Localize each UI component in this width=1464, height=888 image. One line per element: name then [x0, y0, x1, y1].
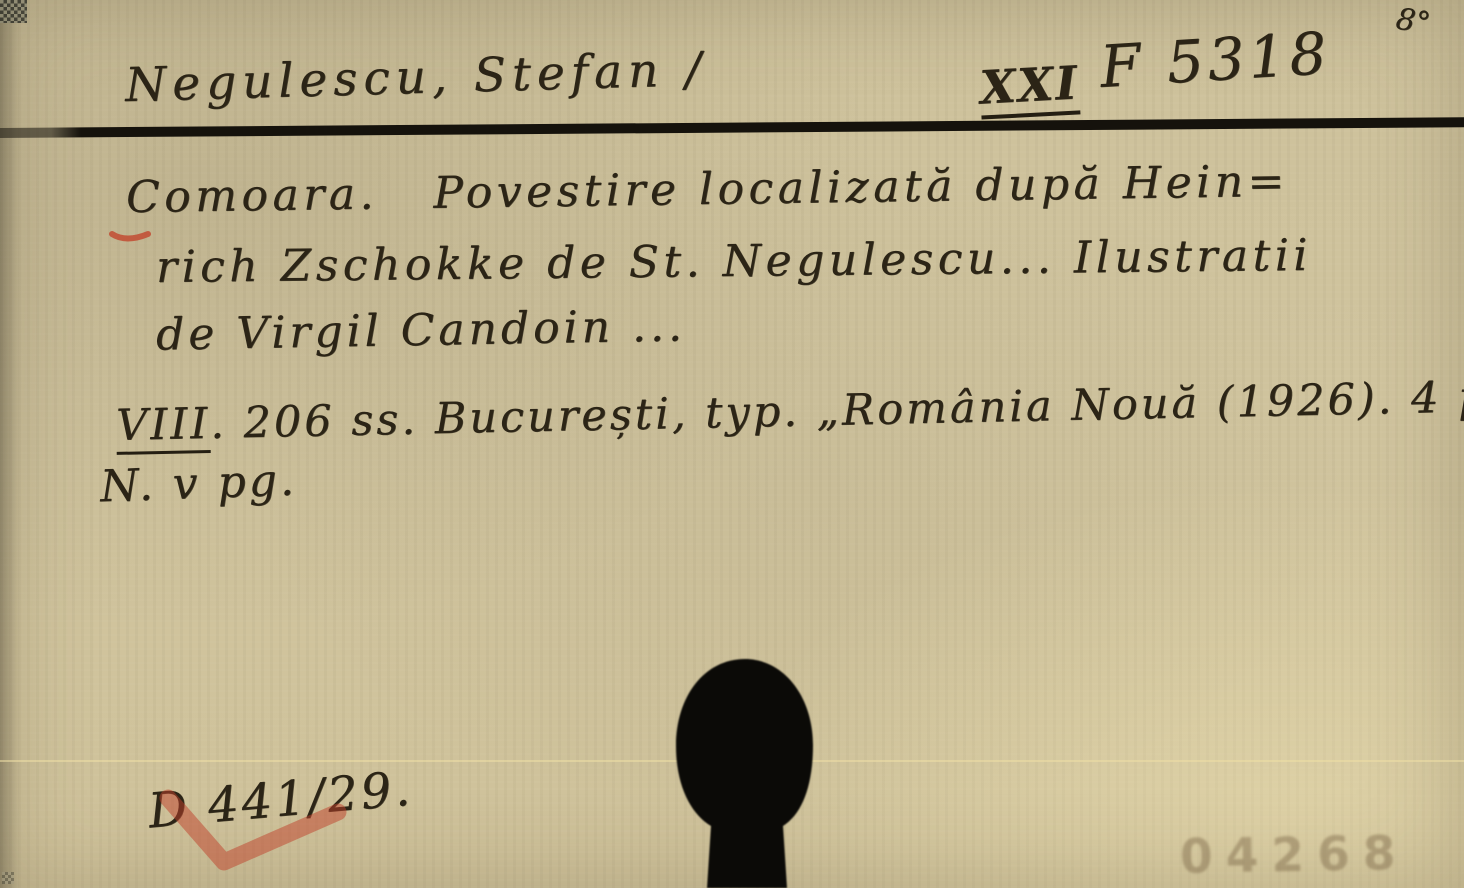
header-rule [0, 117, 1464, 138]
collation-line: VIII. 206 ss. București, typ. „România N… [116, 371, 1464, 451]
accession-number: D 441/29. [146, 761, 415, 840]
collation-roman-pages: VIII [116, 399, 211, 455]
call-number: F 5318 [1098, 19, 1332, 101]
classmark-roman-numeral: XXI [979, 55, 1081, 119]
title-line-1: Comoara. Povestire localizată după Hein= [126, 156, 1289, 223]
format-octavo-mark: 8° [1393, 2, 1432, 42]
collation-rest: . 206 ss. București, typ. „România Nouă … [210, 371, 1464, 449]
author-heading: Negulescu, Stefan / [124, 42, 707, 113]
note-line: N. v pg. [99, 455, 297, 513]
paper-crease-line [0, 760, 1464, 762]
scan-corner-artifact-bottom [2, 872, 14, 884]
title-line-3: de Virgil Candoin ... [156, 300, 687, 360]
catalog-card: Negulescu, Stefan / XXI F 5318 8° Comoar… [0, 0, 1464, 888]
scan-corner-artifact [0, 0, 27, 23]
faint-stamp-number: 04268 [1180, 826, 1409, 885]
red-underline-mark [112, 234, 148, 239]
title-line-2: rich Zschokke de St. Negulescu... Ilustr… [156, 230, 1312, 293]
rod-hole-punch [676, 659, 813, 888]
